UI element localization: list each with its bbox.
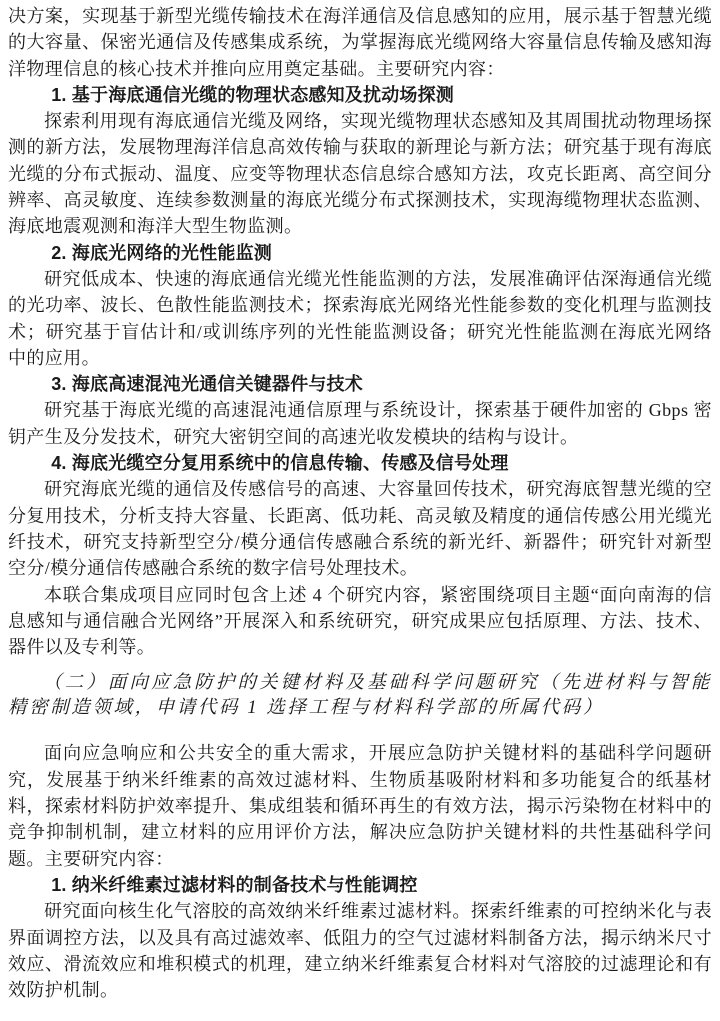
numbered-heading: 1. 纳米纤维素过滤材料的制备技术与性能调控 [8,872,712,898]
numbered-heading: 1. 基于海底通信光缆的物理状态感知及扰动场探测 [8,82,712,108]
paragraph: 面向应急响应和公共安全的重大需求，开展应急防护关键材料的基础科学问题研究，发展基… [8,740,712,871]
paragraph: 研究海底光缆的通信及传感信号的高速、大容量回传技术，研究海底智慧光缆的空分复用技… [8,476,712,581]
document-body: 决方案，实现基于新型光缆传输技术在海洋通信及信息感知的应用，展示基于智慧光缆的大… [8,3,712,1003]
paragraph: 研究基于海底光缆的高速混沌通信原理与系统设计，探索基于硬件加密的 Gbps 密钥… [8,397,712,450]
numbered-heading: 4. 海底光缆空分复用系统中的信息传输、传感及信号处理 [8,450,712,476]
paragraph: 探索利用现有海底通信光缆及网络，实现光缆物理状态感知及其周围扰动物理场探测的新方… [8,108,712,239]
numbered-heading: 3. 海底高速混沌光通信关键器件与技术 [8,371,712,397]
document-page: 决方案，实现基于新型光缆传输技术在海洋通信及信息感知的应用，展示基于智慧光缆的大… [0,0,720,1021]
paragraph: 决方案，实现基于新型光缆传输技术在海洋通信及信息感知的应用，展示基于智慧光缆的大… [8,3,712,82]
section-heading: （二）面向应急防护的关键材料及基础科学问题研究（先进材料与智能精密制造领域，申请… [8,671,712,721]
paragraph: 研究低成本、快速的海底通信光缆光性能监测的方法，发展准确评估深海通信光缆的光功率… [8,266,712,371]
paragraph: 研究面向核生化气溶胶的高效纳米纤维素过滤材料。探索纤维素的可控纳米化与表界面调控… [8,898,712,1003]
paragraph: 本联合集成项目应同时包含上述 4 个研究内容，紧密围绕项目主题“面向南海的信息感… [8,582,712,661]
numbered-heading: 2. 海底光网络的光性能监测 [8,240,712,266]
